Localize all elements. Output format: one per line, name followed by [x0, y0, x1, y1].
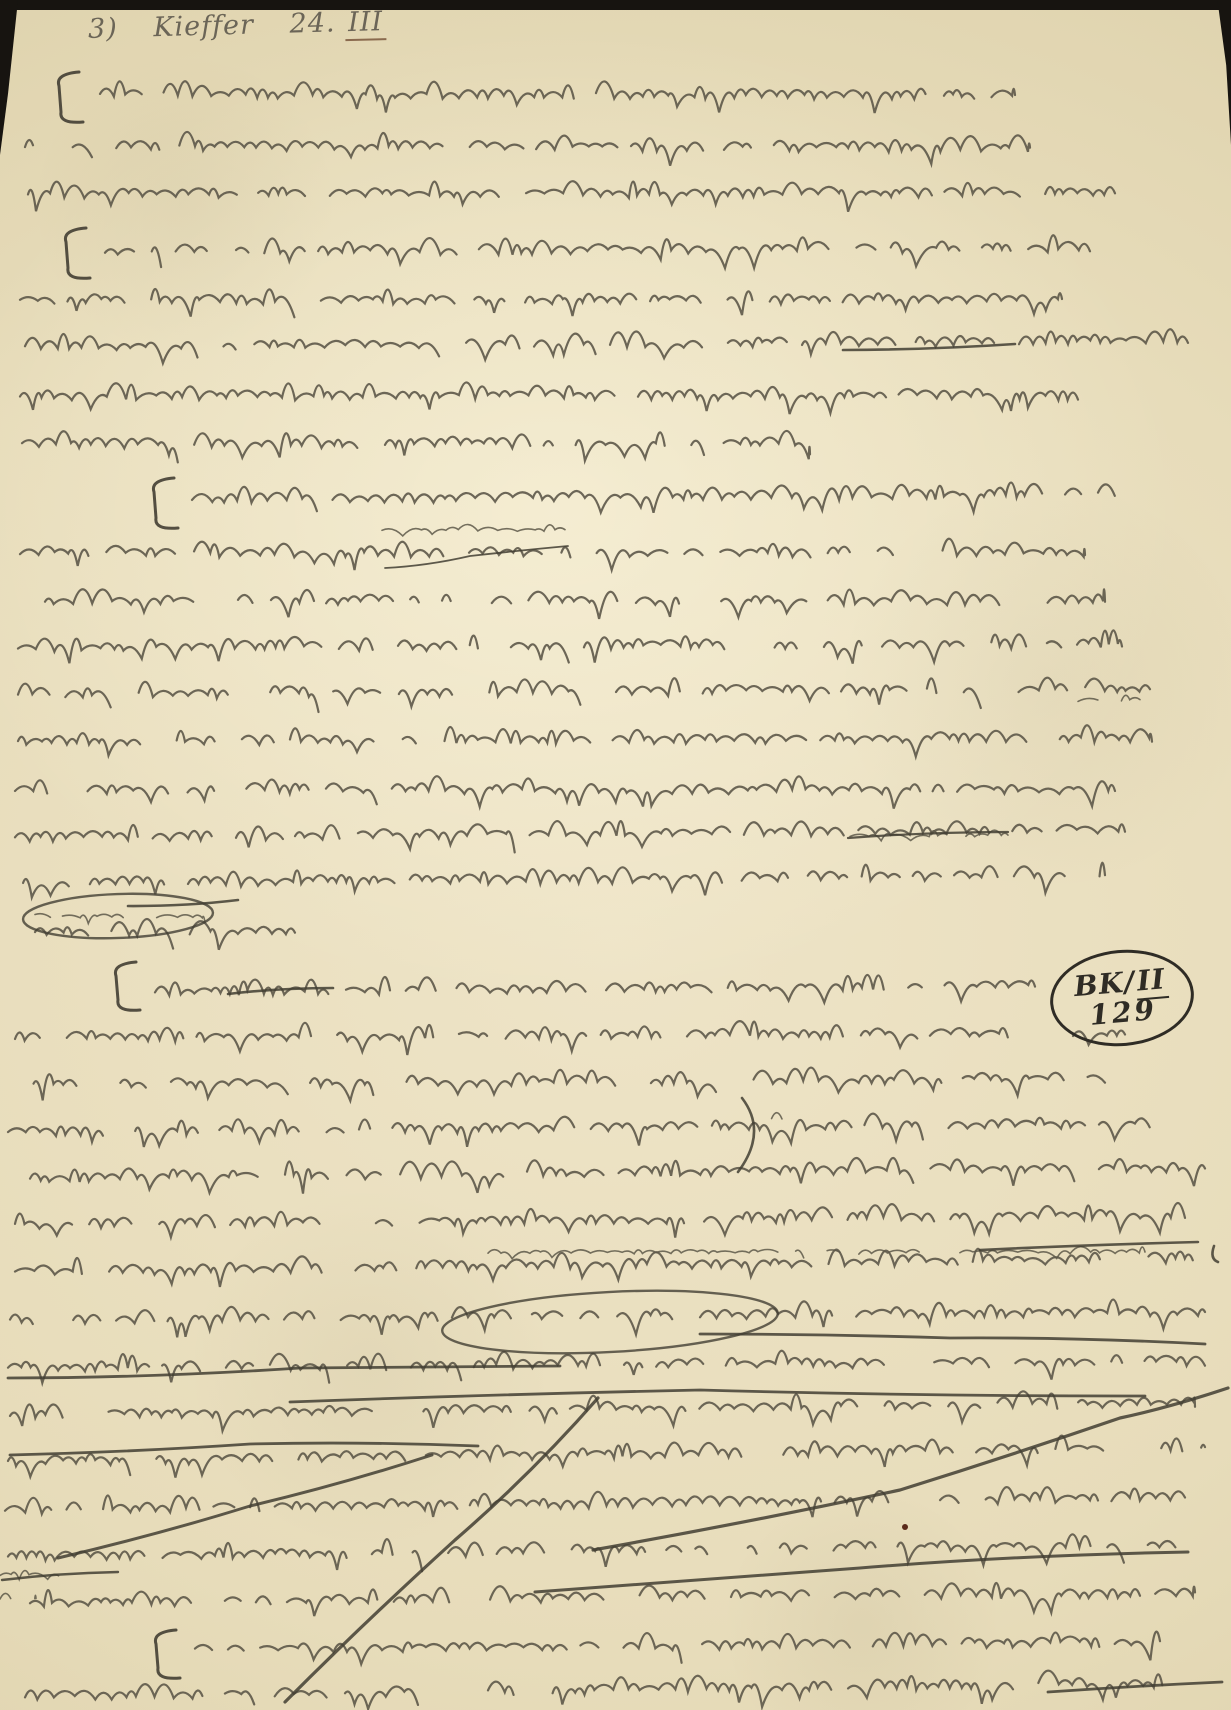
cancellation-stroke — [2, 1572, 118, 1580]
handwriting-line — [15, 1249, 1231, 1287]
date-month-numeral: III — [345, 6, 387, 41]
paragraph-bracket-mark — [115, 962, 140, 1010]
handwriting-line — [20, 382, 1078, 414]
addressee-name: Kieffer — [153, 10, 254, 44]
cancellation-stroke — [980, 1242, 1198, 1250]
date-day: 24. — [289, 7, 336, 39]
handwriting-line — [15, 1203, 1185, 1238]
handwriting-line — [5, 1487, 1185, 1517]
paragraph-bracket-mark — [58, 72, 83, 122]
cancellation-stroke — [593, 1388, 1228, 1550]
paragraph-bracket-mark — [153, 478, 178, 528]
cancellation-stroke — [128, 900, 238, 906]
handwriting-line — [192, 483, 1140, 513]
handwriting-line — [10, 1391, 1195, 1430]
encircling-stroke — [441, 1283, 780, 1361]
cancellation-stroke — [8, 1366, 560, 1378]
encircling-stroke — [22, 891, 213, 942]
interline-insertion — [772, 1113, 782, 1119]
handwriting-line — [15, 1021, 1125, 1055]
cancellation-stroke — [10, 1443, 478, 1455]
handwriting-line — [45, 589, 1105, 619]
handwriting-line — [8, 1114, 1186, 1147]
interline-insertion — [488, 1247, 1145, 1259]
manuscript-page: 3) Kieffer 24. III BK/II 129 — [0, 0, 1231, 1710]
handwriting-line — [10, 1300, 1205, 1338]
handwriting-line — [34, 1068, 1105, 1101]
handwriting-line — [105, 235, 1090, 268]
handwriting-layer — [0, 0, 1231, 1710]
handwriting-line — [20, 539, 1085, 570]
handwriting-line — [28, 181, 1115, 211]
ink-dot — [902, 1524, 908, 1530]
handwriting-line — [18, 725, 1152, 756]
large-paren-mark — [738, 1098, 754, 1172]
handwriting-line — [23, 863, 1105, 898]
handwriting-line — [18, 678, 1150, 712]
paragraph-bracket-mark — [155, 1630, 180, 1678]
handwriting-line — [100, 81, 1015, 113]
interline-insertion — [1078, 695, 1140, 701]
handwriting-line — [30, 1158, 1205, 1194]
handwriting-line — [15, 821, 1125, 852]
handwriting-line — [25, 132, 1030, 166]
handwriting-line — [18, 630, 1122, 663]
scan-edge-top — [0, 0, 1231, 10]
handwriting-line — [8, 1436, 1205, 1478]
interline-insertion — [0, 1593, 36, 1599]
cancellation-stroke — [290, 1390, 1145, 1402]
handwriting-line — [25, 329, 1188, 363]
cancellation-stroke — [843, 344, 1015, 350]
handwriting-line — [8, 1534, 1196, 1571]
handwriting-line — [25, 1671, 1217, 1709]
paragraph-bracket-mark — [65, 228, 90, 278]
handwriting-line — [15, 776, 1115, 808]
interline-insertion — [382, 525, 565, 536]
cancellation-stroke — [1212, 1246, 1218, 1262]
item-number: 3) — [88, 13, 119, 45]
handwriting-line — [30, 1583, 1195, 1616]
handwriting-line — [20, 289, 1062, 317]
stamp-number: 129 — [1088, 996, 1158, 1030]
handwriting-line — [8, 1351, 1205, 1383]
cancellation-stroke — [700, 1334, 1205, 1344]
handwriting-line — [22, 431, 810, 462]
cancellation-stroke — [535, 1552, 1188, 1592]
